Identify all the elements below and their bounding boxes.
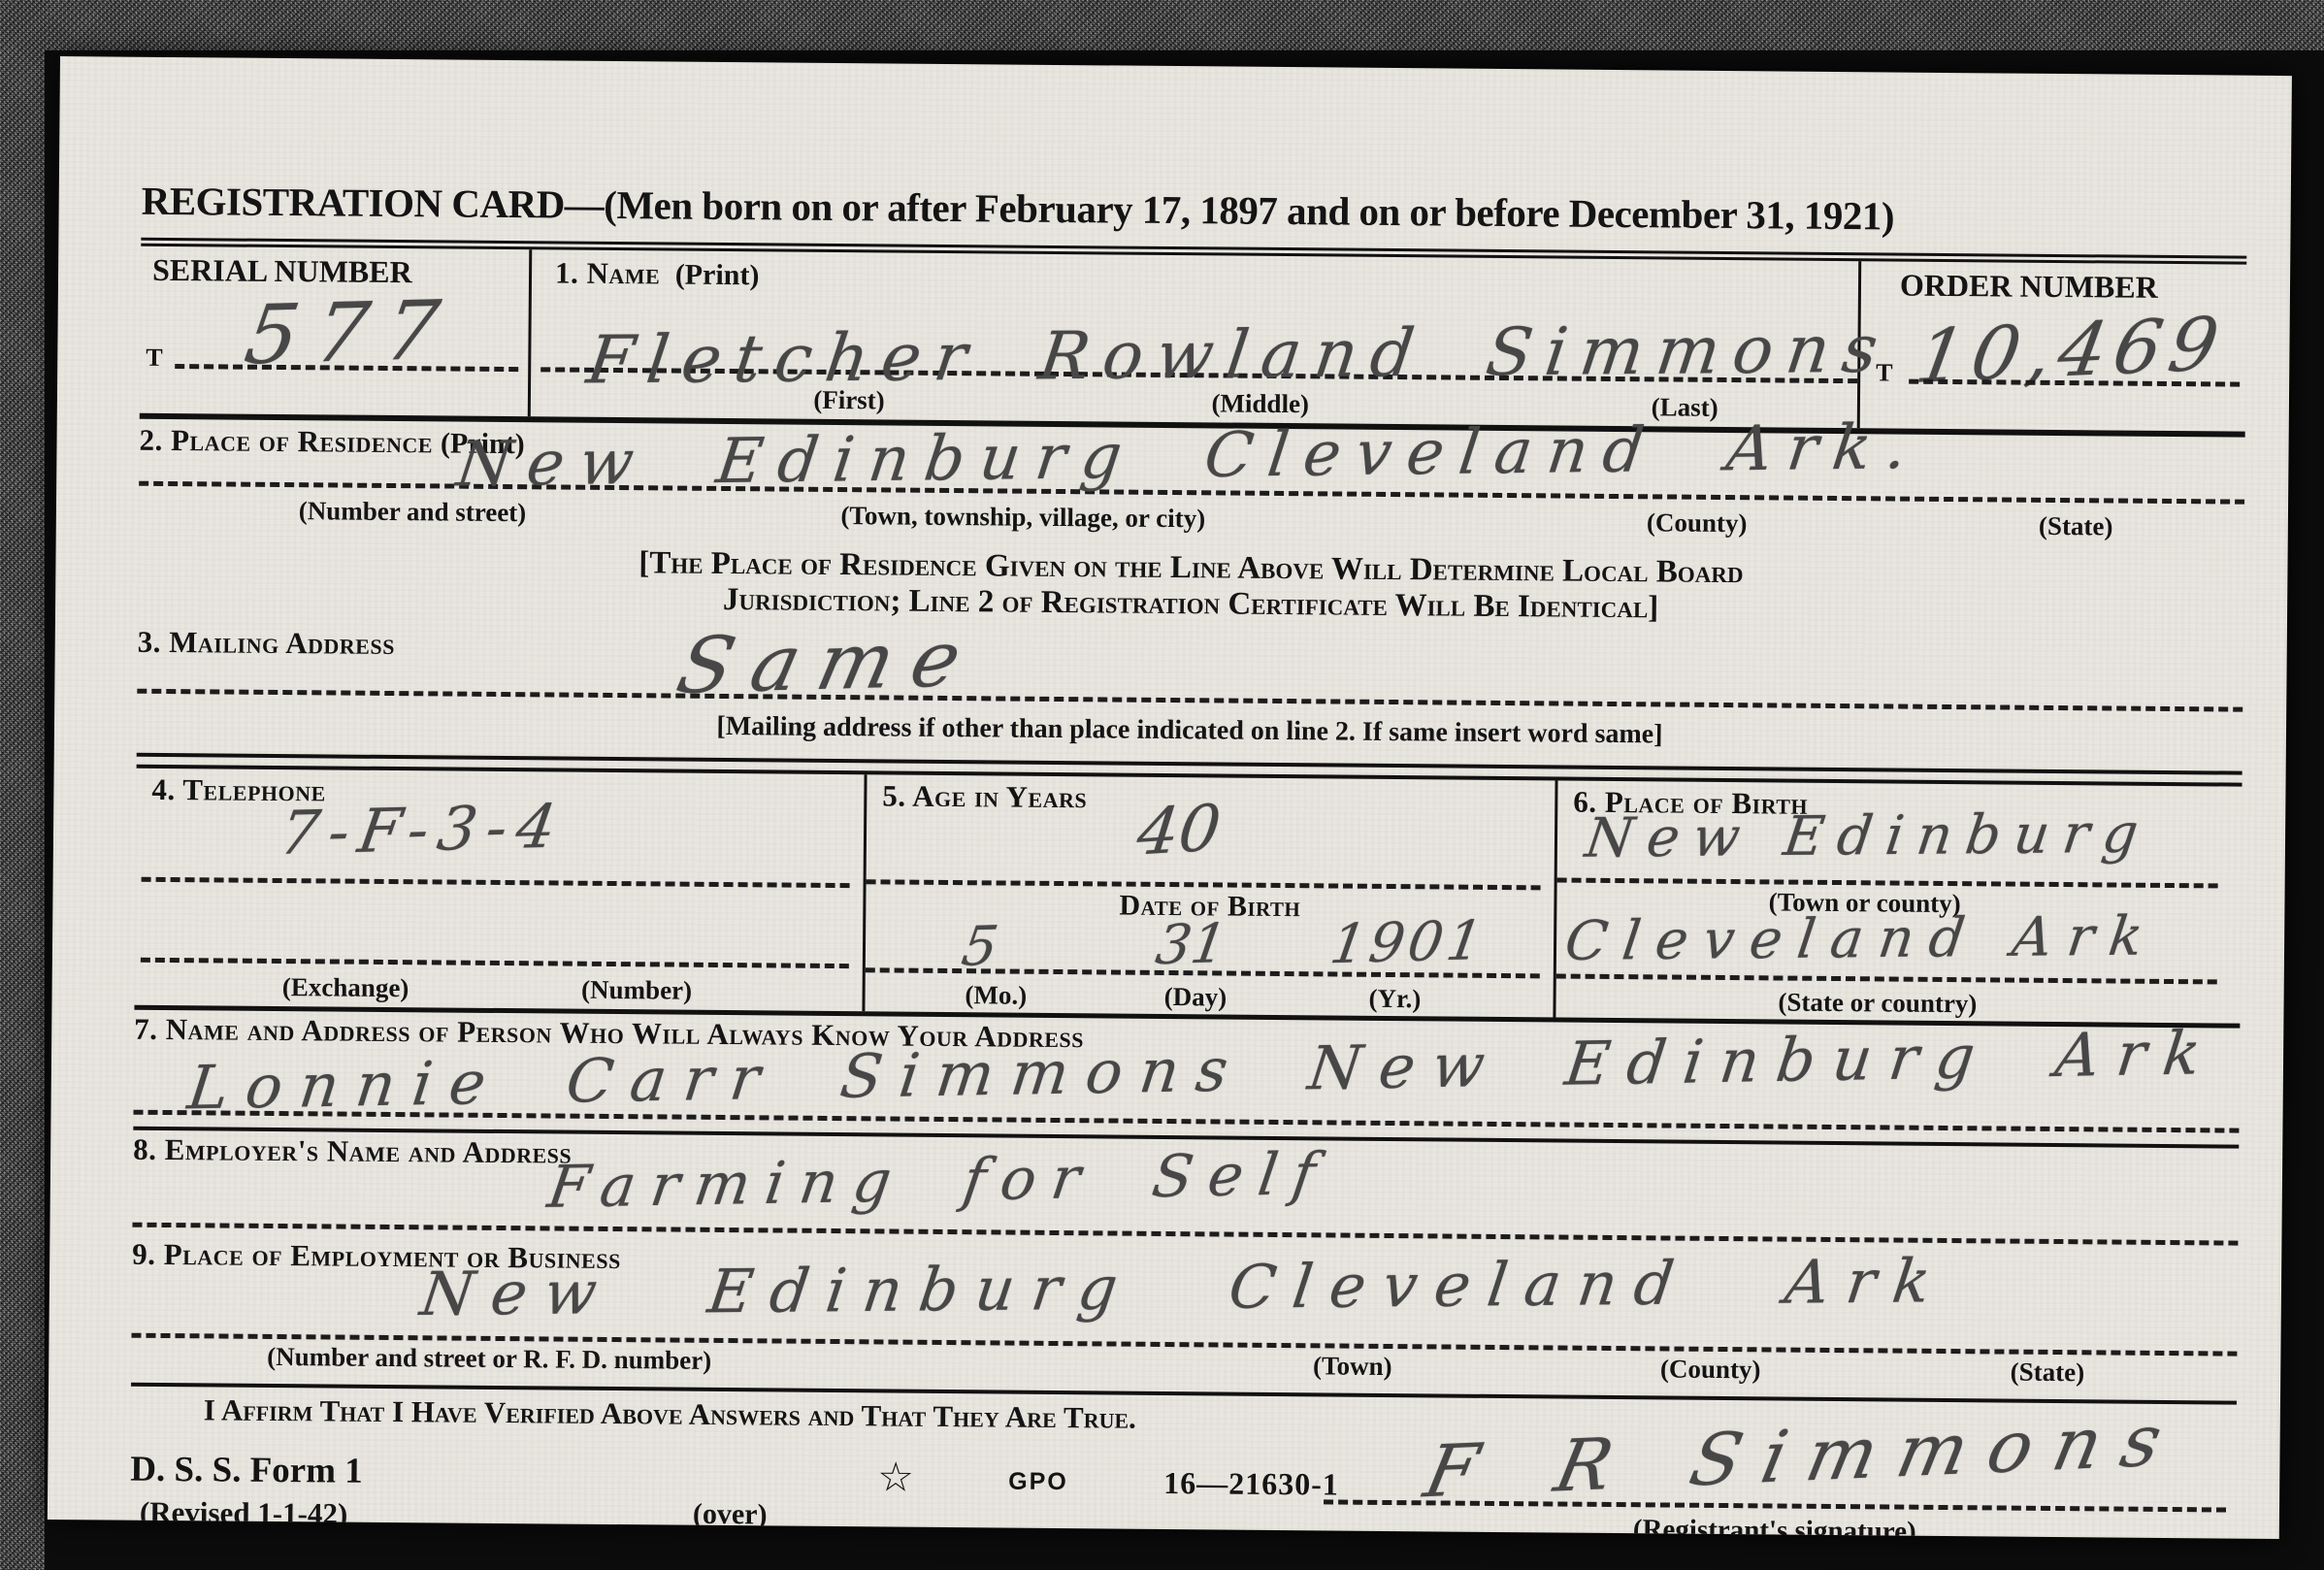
dob-sublabel-year: (Yr.) (1368, 984, 1421, 1014)
employer-value: Farming for Self (543, 1140, 1334, 1222)
employer-label: 8. Employer's Name and Address (133, 1132, 572, 1171)
telephone-sublabel-number: (Number) (581, 975, 692, 1006)
dob-day: 31 (1152, 912, 1230, 977)
telephone-dashed-line-1 (142, 877, 850, 888)
signature-block: F R Simmons (Registrant's signature) (1324, 1443, 2227, 1539)
name-label-suffix: (Print) (675, 259, 760, 292)
employer-section: 8. Employer's Name and Address Farming f… (132, 1130, 2239, 1254)
telephone-age-birth-row: 4. Telephone 7-F-3-4 (Exchange) (Number)… (134, 769, 2242, 1029)
residence-sublabel-state: (State) (2039, 511, 2113, 542)
serial-t-mark: T (146, 343, 163, 373)
residence-sublabel-county: (County) (1647, 507, 1748, 539)
employment-section: 9. Place of Employment or Business New E… (131, 1235, 2238, 1405)
residence-sublabel-street: (Number and street) (299, 496, 527, 528)
card-content: REGISTRATION CARD—(Men born on or after … (130, 57, 2248, 1539)
employment-value: New Edinburg Cleveland Ark (416, 1245, 1951, 1329)
birth-dashed-line-1 (1557, 877, 2218, 888)
registration-card: REGISTRATION CARD—(Men born on or after … (48, 56, 2292, 1539)
print-code: 16—21630-1 (1163, 1465, 1339, 1503)
name-cell: 1. Name (Print) Fletcher Rowland Simmons… (528, 249, 1858, 428)
order-number-label: ORDER NUMBER (1900, 268, 2158, 306)
residence-label-main: 2. Place of Residence (139, 423, 433, 460)
telephone-sublabel-exchange: (Exchange) (282, 972, 409, 1003)
serial-number-cell: SERIAL NUMBER T 577 (140, 246, 529, 416)
dob-year: 1901 (1326, 909, 1490, 976)
employment-sublabel-state: (State) (2011, 1357, 2085, 1389)
age-dashed-line-1 (867, 879, 1541, 890)
birth-cell: 6. Place of Birth New Edinburg (Town or … (1553, 780, 2242, 1023)
telephone-dashed-line-2 (141, 958, 849, 968)
residence-section: 2. Place of Residence (Print) New Edinbu… (139, 419, 2245, 560)
birth-town-value: New Edinburg (1582, 802, 2155, 870)
contact-section: 7. Name and Address of Person Who Will A… (133, 1010, 2240, 1149)
dob-sublabel-month: (Mo.) (965, 980, 1027, 1011)
telephone-cell: 4. Telephone 7-F-3-4 (Exchange) (Number) (134, 769, 864, 1012)
birth-state-sublabel: (State or country) (1778, 987, 1977, 1019)
serial-name-order-row: SERIAL NUMBER T 577 1. Name (Print) Flet… (140, 246, 2246, 438)
name-label: 1. Name (Print) (555, 255, 760, 292)
birth-dashed-line-2 (1556, 973, 2217, 984)
employment-sublabel-street: (Number and street or R. F. D. number) (267, 1342, 711, 1376)
employment-sublabel-county: (County) (1660, 1354, 1761, 1385)
name-label-main: 1. Name (555, 255, 661, 290)
residence-value: New Edinburg Cleveland Ark. (453, 411, 1927, 501)
scan-edge-top (0, 0, 2324, 56)
dob-sublabel-day: (Day) (1164, 982, 1227, 1013)
mailing-note: [Mailing address if other than place ind… (716, 711, 1662, 751)
order-number-cell: ORDER NUMBER T 10,469 (1857, 261, 2246, 431)
telephone-value: 7-F-3-4 (276, 791, 571, 868)
age-cell: 5. Age in Years 40 Date of Birth 5 31 19… (862, 774, 1555, 1017)
mailing-dashed-line (137, 689, 2242, 712)
age-value: 40 (1133, 791, 1225, 870)
form-number: D. S. S. Form 1 (130, 1449, 363, 1492)
birth-state-value: Cleveland Ark (1561, 905, 2162, 973)
age-label: 5. Age in Years (882, 778, 1087, 815)
name-value: Fletcher Rowland Simmons (583, 311, 1896, 400)
mailing-label: 3. Mailing Address (138, 625, 395, 662)
employment-sublabel-town: (Town) (1313, 1351, 1392, 1382)
card-title: REGISTRATION CARD—(Men born on or after … (141, 178, 1894, 240)
title-row: REGISTRATION CARD—(Men born on or after … (141, 57, 2248, 265)
scan-edge-left (0, 0, 49, 1570)
mailing-value: Same (670, 613, 989, 711)
star-icon: ☆ (877, 1453, 914, 1501)
residence-sublabel-town: (Town, township, village, or city) (840, 501, 1205, 534)
gpo-mark: GPO (1008, 1468, 1068, 1497)
mailing-section: 3. Mailing Address Same [Mailing address… (137, 625, 2243, 771)
